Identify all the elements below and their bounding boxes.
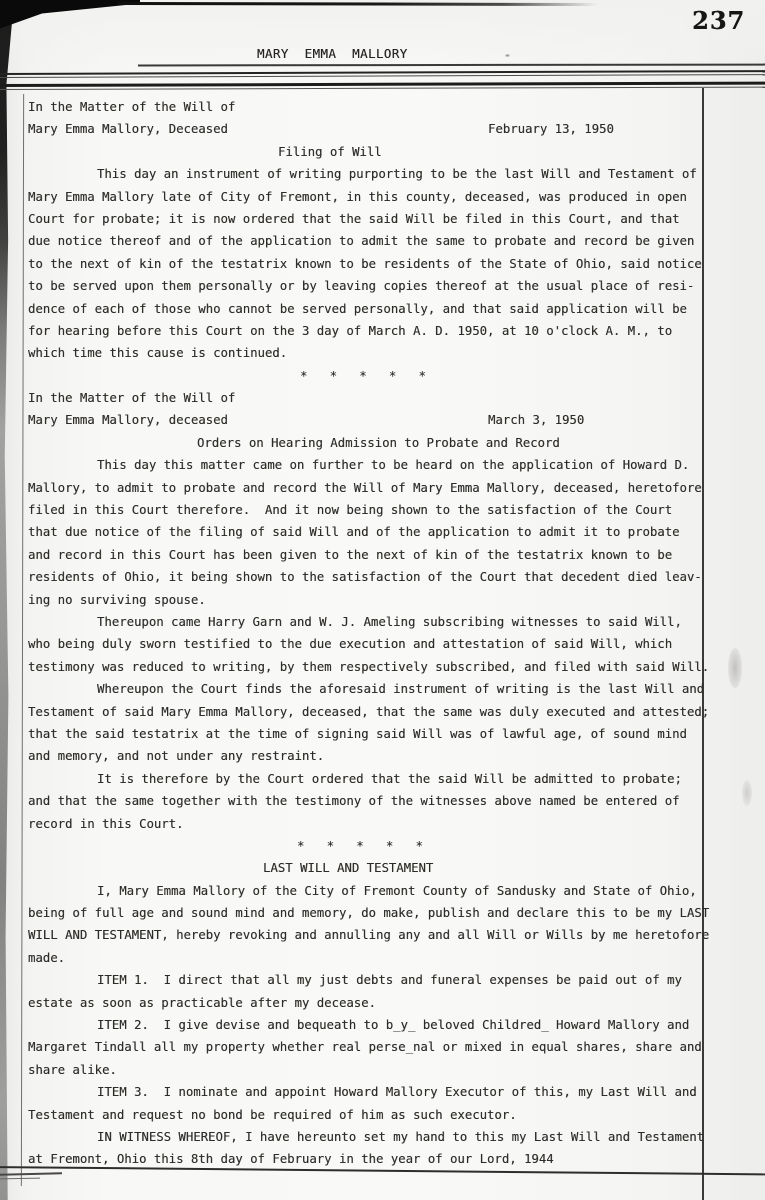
text-line: due notice thereof and of the applicatio… (0, 234, 765, 256)
text-line: Mary Emma Mallory late of City of Fremon… (0, 190, 765, 212)
text-line: for hearing before this Court on the 3 d… (0, 324, 765, 346)
text-line: who being duly sworn testified to the du… (0, 637, 765, 659)
text-line: Whereupon the Court finds the aforesaid … (0, 682, 765, 704)
text-line: I, Mary Emma Mallory of the City of Frem… (0, 884, 765, 906)
text-line: to be served upon them personally or by … (0, 279, 765, 301)
document-body: In the Matter of the Will ofMary Emma Ma… (0, 100, 765, 1175)
text-line: It is therefore by the Court ordered tha… (0, 772, 765, 794)
text-line: Testament of said Mary Emma Mallory, dec… (0, 705, 765, 727)
case-caption-text: Mary Emma Mallory, deceased (28, 413, 228, 427)
asterisk-separator: * * * * * (0, 369, 765, 391)
text-line: share alike. (0, 1063, 765, 1085)
text-line: that the said testatrix at the time of s… (0, 727, 765, 749)
scan-speck (742, 780, 752, 806)
case-caption-line: In the Matter of the Will of (0, 391, 765, 413)
text-line: Mallory, to admit to probate and record … (0, 481, 765, 503)
text-line: which time this cause is continued. (0, 346, 765, 368)
entry-date: February 13, 1950 (488, 122, 614, 136)
text-line: to the next of kin of the testatrix know… (0, 257, 765, 279)
asterisk-separator: * * * * * (0, 839, 765, 861)
text-line: ing no surviving spouse. (0, 593, 765, 615)
text-line: testimony was reduced to writing, by the… (0, 660, 765, 682)
text-line: and memory, and not under any restraint. (0, 749, 765, 771)
case-caption-text: Mary Emma Mallory, Deceased (28, 122, 228, 136)
text-line: Margaret Tindall all my property whether… (0, 1040, 765, 1062)
case-caption-line: In the Matter of the Will of (0, 100, 765, 122)
case-caption-line: Mary Emma Mallory, DeceasedFebruary 13, … (0, 122, 765, 144)
text-line: Testament and request no bond be require… (0, 1108, 765, 1130)
section-heading: Filing of Will (0, 145, 765, 167)
text-line: being of full age and sound mind and mem… (0, 906, 765, 928)
text-line: Thereupon came Harry Garn and W. J. Amel… (0, 615, 765, 637)
text-line: and record in this Court has been given … (0, 548, 765, 570)
case-caption-line: Mary Emma Mallory, deceasedMarch 3, 1950 (0, 413, 765, 435)
text-line: estate as soon as practicable after my d… (0, 996, 765, 1018)
text-line: ITEM 1. I direct that all my just debts … (0, 973, 765, 995)
text-line: that due notice of the filing of said Wi… (0, 525, 765, 547)
text-line: dence of each of those who cannot be ser… (0, 302, 765, 324)
text-line: IN WITNESS WHEREOF, I have hereunto set … (0, 1130, 765, 1152)
scan-speck (505, 54, 510, 57)
page-number: 237 (692, 6, 745, 35)
text-line: record in this Court. (0, 817, 765, 839)
text-line: WILL AND TESTAMENT, hereby revoking and … (0, 928, 765, 950)
text-line: ITEM 3. I nominate and appoint Howard Ma… (0, 1085, 765, 1107)
text-line: residents of Ohio, it being shown to the… (0, 570, 765, 592)
scanned-document-page: { "page": { "number": "237", "title": "M… (0, 0, 765, 1200)
text-line: This day this matter came on further to … (0, 458, 765, 480)
text-line: filed in this Court therefore. And it no… (0, 503, 765, 525)
entry-date: March 3, 1950 (488, 413, 584, 427)
page-title: MARY EMMA MALLORY (257, 46, 408, 61)
text-line: made. (0, 951, 765, 973)
text-line: Court for probate; it is now ordered tha… (0, 212, 765, 234)
scan-speck (728, 648, 742, 688)
section-heading: LAST WILL AND TESTAMENT (0, 861, 765, 883)
text-line: and that the same together with the test… (0, 794, 765, 816)
section-heading: Orders on Hearing Admission to Probate a… (0, 436, 765, 458)
text-line: This day an instrument of writing purpor… (0, 167, 765, 189)
text-line: ITEM 2. I give devise and bequeath to b̲… (0, 1018, 765, 1040)
